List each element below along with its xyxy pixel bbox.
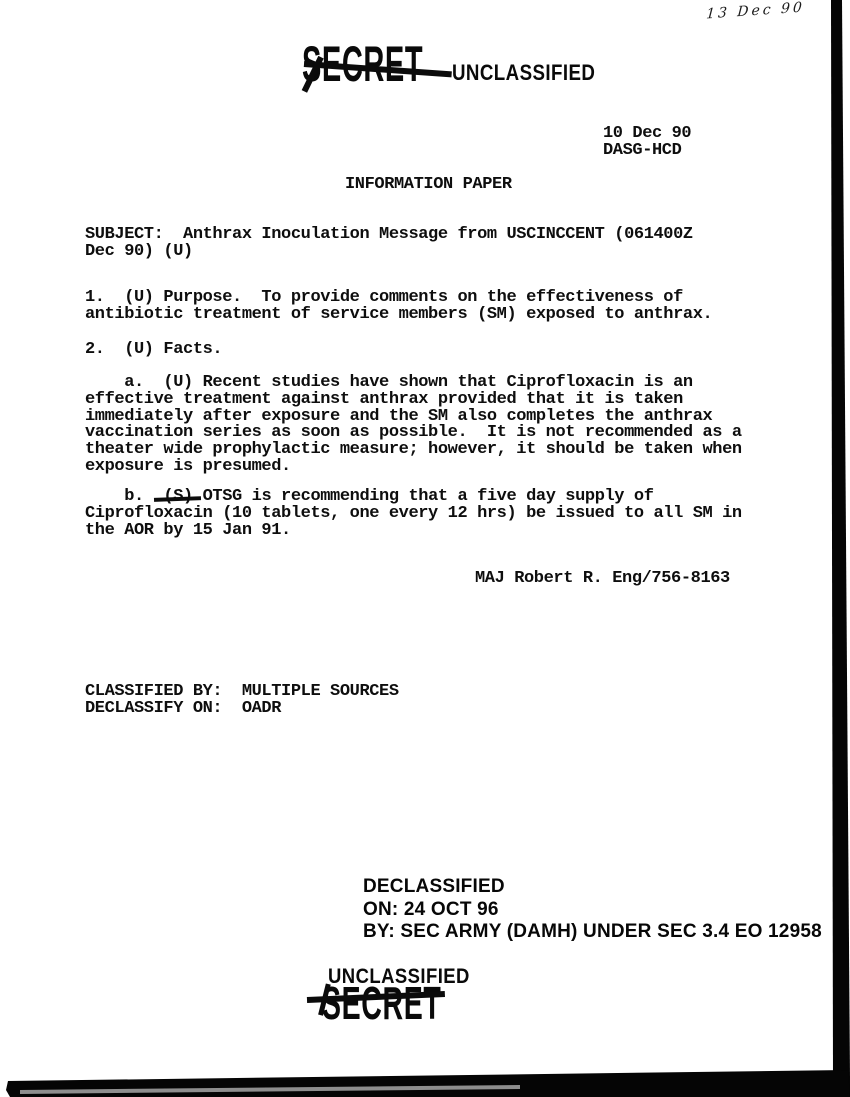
declassification-stamp: DECLASSIFIED ON: 24 OCT 96 BY: SEC ARMY … bbox=[363, 876, 822, 944]
declass-stamp-line2: ON: 24 OCT 96 bbox=[363, 899, 822, 922]
page-title: INFORMATION PAPER bbox=[345, 177, 512, 194]
declass-stamp-line3: BY: SEC ARMY (DAMH) UNDER SEC 3.4 EO 129… bbox=[363, 921, 822, 944]
paragraph-purpose: 1. (U) Purpose. To provide comments on t… bbox=[85, 290, 712, 324]
classification-block: CLASSIFIED BY: MULTIPLE SOURCES DECLASSI… bbox=[85, 684, 399, 718]
paragraph-facts: 2. (U) Facts. bbox=[85, 342, 222, 359]
document-page: 13 Dec 90 SECRET UNCLASSIFIED 10 Dec 90 … bbox=[0, 0, 850, 1097]
paragraph-b: b. (S) OTSG is recommending that a five … bbox=[85, 489, 742, 539]
subject-line: SUBJECT: Anthrax Inoculation Message fro… bbox=[85, 227, 693, 261]
declass-stamp-line1: DECLASSIFIED bbox=[363, 876, 822, 899]
paragraph-a: a. (U) Recent studies have shown that Ci… bbox=[85, 375, 742, 476]
action-officer-line: MAJ Robert R. Eng/756-8163 bbox=[475, 571, 730, 588]
secret-stamp-bottom: SECRET bbox=[322, 981, 441, 1025]
unclassified-stamp-top: UNCLASSIFIED bbox=[452, 62, 595, 84]
declassify-on-line: DECLASSIFY ON: OADR bbox=[85, 699, 281, 718]
struck-classification-marking: (S) bbox=[163, 489, 192, 506]
letterhead-date: 10 Dec 90 DASG-HCD bbox=[603, 126, 691, 160]
office-symbol: DASG-HCD bbox=[603, 141, 681, 160]
handwritten-date-note: 13 Dec 90 bbox=[706, 0, 806, 23]
